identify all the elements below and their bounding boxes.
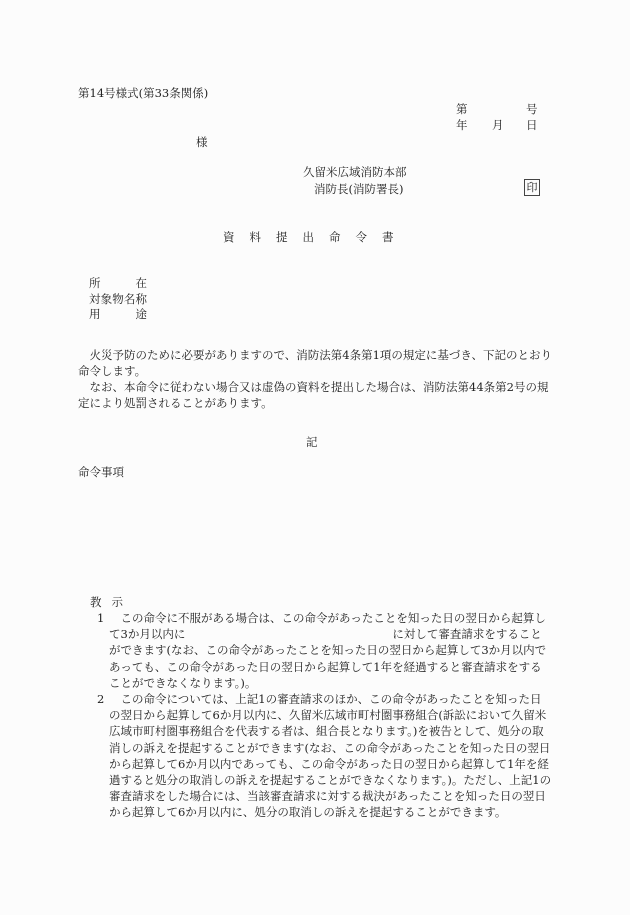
title-char: 提 [276, 230, 289, 244]
notice-item-text: この命令については、上記1の審査請求のほか、この命令があったことを知った日の翌日… [109, 691, 552, 821]
addressee-suffix: 様 [196, 135, 208, 149]
body-paragraph: なお、本命令に従わない場合又は虚偽の資料を提出した場合は、消防法第44条第2号の… [78, 379, 553, 411]
field-label-usage: 用途 [89, 307, 147, 323]
issuer-title: 消防長(消防署長) [314, 182, 403, 196]
date-month: 月 [492, 118, 504, 132]
date-year: 年 [456, 118, 468, 132]
number-prefix: 第 [456, 102, 468, 116]
target-fields: 所在 対象物名称 用途 [89, 276, 147, 323]
title-char: 資 [223, 230, 236, 244]
notice-list: 1 この命令に不服がある場合は、この命令があったことを知った日の翌日から起算して… [97, 610, 552, 821]
title-char: 料 [250, 230, 263, 244]
order-items-label: 命令事項 [78, 465, 124, 479]
notice-item-number: 1 [97, 610, 104, 626]
notice-title-char: 示 [112, 595, 124, 609]
notice-item: 2 この命令については、上記1の審査請求のほか、この命令があったことを知った日の… [97, 691, 552, 821]
title-char: 出 [303, 230, 316, 244]
date-day: 日 [526, 118, 538, 132]
notice-item-text: この命令に不服がある場合は、この命令があったことを知った日の翌日から起算して3か… [109, 610, 552, 691]
form-id: 第14号様式(第33条関係) [78, 86, 208, 100]
notice-title: 教示 [90, 595, 133, 609]
order-body: 火災予防のために必要がありますので、消防法第4条第1項の規定に基づき、下記のとお… [78, 347, 553, 411]
seal-icon: 印 [524, 179, 540, 196]
ki-heading: 記 [306, 435, 318, 449]
issuer-organization: 久留米広域消防本部 [303, 165, 407, 179]
notice-item-number: 2 [97, 691, 104, 707]
field-label-location: 所在 [89, 276, 147, 292]
body-paragraph: 火災予防のために必要がありますので、消防法第4条第1項の規定に基づき、下記のとお… [78, 347, 553, 379]
field-label-target-name: 対象物名称 [89, 292, 147, 308]
number-suffix: 号 [526, 102, 538, 116]
notice-title-char: 教 [90, 595, 102, 609]
title-char: 命 [329, 230, 342, 244]
title-char: 書 [382, 230, 395, 244]
title-char: 令 [356, 230, 369, 244]
document-title: 資料提出命令書 [223, 230, 395, 244]
notice-item: 1 この命令に不服がある場合は、この命令があったことを知った日の翌日から起算して… [97, 610, 552, 691]
